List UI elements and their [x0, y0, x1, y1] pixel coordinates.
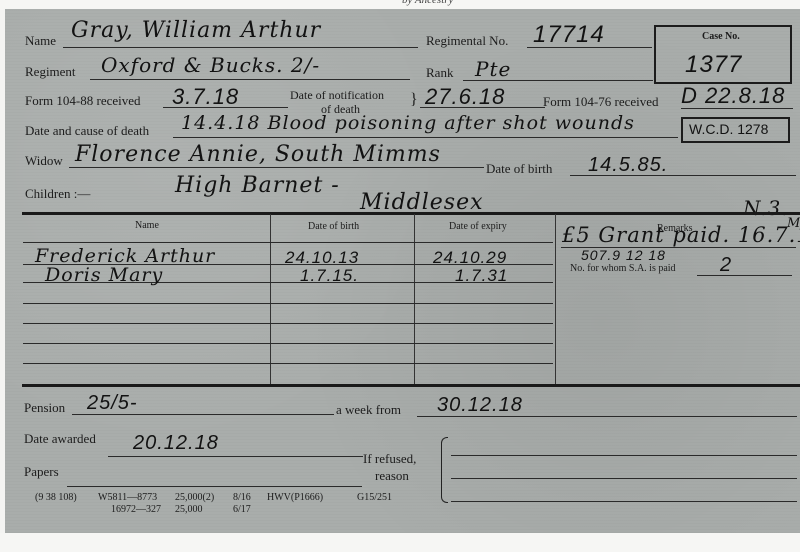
form-104-76-value: D 22.8.18: [681, 85, 785, 107]
watermark: by Ancestry: [402, 0, 453, 6]
regiment-value: Oxford & Bucks. 2/-: [101, 55, 320, 75]
name-label: Name: [25, 33, 56, 49]
printer-code: 16972—327: [111, 504, 161, 515]
papers-label: Papers: [24, 464, 59, 480]
papers-rule: [67, 486, 362, 487]
rank-label: Rank: [426, 65, 453, 81]
remarks-ref: 507.9 12 18: [581, 248, 666, 262]
remarks-grant: £5 Grant paid. 16.7.18: [562, 225, 800, 246]
child-expiry: 24.10.29: [433, 249, 507, 266]
name-rule: [63, 47, 418, 48]
table-row-rule: [23, 323, 553, 324]
sa-paid-value: 2: [720, 255, 732, 275]
death-value: 14.4.18 Blood poisoning after shot wound…: [181, 114, 635, 133]
widow-label: Widow: [25, 153, 63, 169]
printer-code: HWV(P1666): [267, 492, 323, 503]
death-label: Date and cause of death: [25, 123, 149, 139]
table-row-rule: [23, 303, 553, 304]
table-row-rule: [23, 343, 553, 344]
printer-code: 25,000(2): [175, 492, 214, 503]
col-header-expiry: Date of expiry: [449, 221, 507, 232]
remarks-margin-note: M: [787, 217, 800, 230]
form-104-76-rule: [681, 108, 793, 109]
printer-code: (9 38 108): [35, 492, 77, 503]
children-label: Children :—: [25, 186, 90, 202]
regiment-label: Regiment: [25, 64, 76, 80]
notification-value: 27.6.18: [425, 86, 505, 108]
table-row-rule: [23, 363, 553, 364]
regimental-no-label: Regimental No.: [426, 33, 508, 49]
form-104-88-value: 3.7.18: [172, 86, 239, 108]
sa-paid-rule: [697, 275, 792, 276]
case-no-value: 1377: [685, 53, 742, 77]
refused-label-line2: reason: [375, 468, 409, 484]
col-divider-3: [555, 214, 556, 387]
page-bottom-margin: [0, 533, 800, 552]
week-from-label: a week from: [336, 402, 401, 418]
child-expiry: 1.7.31: [455, 267, 508, 284]
col-divider-2: [414, 214, 415, 387]
col-header-dob: Date of birth: [308, 221, 359, 232]
printer-code: 6/17: [233, 504, 251, 515]
printer-code: 8/16: [233, 492, 251, 503]
notification-brace: }: [410, 91, 418, 109]
address-code: N.3.: [743, 198, 789, 218]
rank-value: Pte: [475, 59, 511, 79]
notification-label-line1: Date of notification: [290, 88, 384, 103]
refused-rule-3: [451, 501, 797, 502]
child-dob: 1.7.15.: [300, 267, 359, 284]
child-dob: 24.10.13: [285, 249, 359, 266]
col-divider-1: [270, 214, 271, 387]
widow-dob-label: Date of birth: [486, 161, 552, 177]
pension-value: 25/5-: [87, 393, 138, 413]
week-from-rule: [417, 416, 797, 417]
printer-code: 25,000: [175, 504, 203, 515]
refused-label-line1: If refused,: [363, 451, 416, 467]
date-awarded-label: Date awarded: [24, 431, 96, 447]
children-table-bottom-rule: [22, 384, 800, 387]
pension-label: Pension: [24, 400, 65, 416]
col-header-name: Name: [135, 220, 159, 231]
form-104-88-label: Form 104-88 received: [25, 93, 141, 109]
widow-value: Florence Annie, South Mimms: [75, 144, 441, 166]
date-awarded-value: 20.12.18: [133, 433, 219, 453]
child-name: Doris Mary: [45, 266, 163, 285]
death-rule: [173, 137, 678, 138]
children-table-top-rule: [22, 212, 800, 215]
name-value: Gray, William Arthur: [71, 20, 321, 42]
week-from-value: 30.12.18: [437, 395, 523, 415]
address-line1: High Barnet -: [175, 175, 340, 197]
pension-record-card: Name Gray, William Arthur Regimental No.…: [5, 9, 800, 533]
widow-rule: [69, 167, 484, 168]
printer-code: G15/251: [357, 492, 392, 503]
refused-brace: [441, 437, 448, 503]
regiment-rule: [90, 79, 410, 80]
refused-rule-2: [451, 478, 797, 479]
form-104-76-label: Form 104-76 received: [543, 94, 659, 110]
sa-paid-label: No. for whom S.A. is paid: [570, 263, 676, 274]
regimental-no-value: 17714: [533, 23, 605, 47]
case-no-label: Case No.: [702, 31, 740, 42]
printer-code: W5811—8773: [98, 492, 157, 503]
wcd-value: W.C.D. 1278: [689, 122, 768, 136]
address-line2: Middlesex: [360, 192, 484, 214]
pension-rule: [72, 414, 334, 415]
refused-rule-1: [451, 455, 797, 456]
table-header-rule: [23, 242, 553, 243]
widow-dob-value: 14.5.85.: [588, 155, 668, 175]
date-awarded-rule: [108, 456, 363, 457]
